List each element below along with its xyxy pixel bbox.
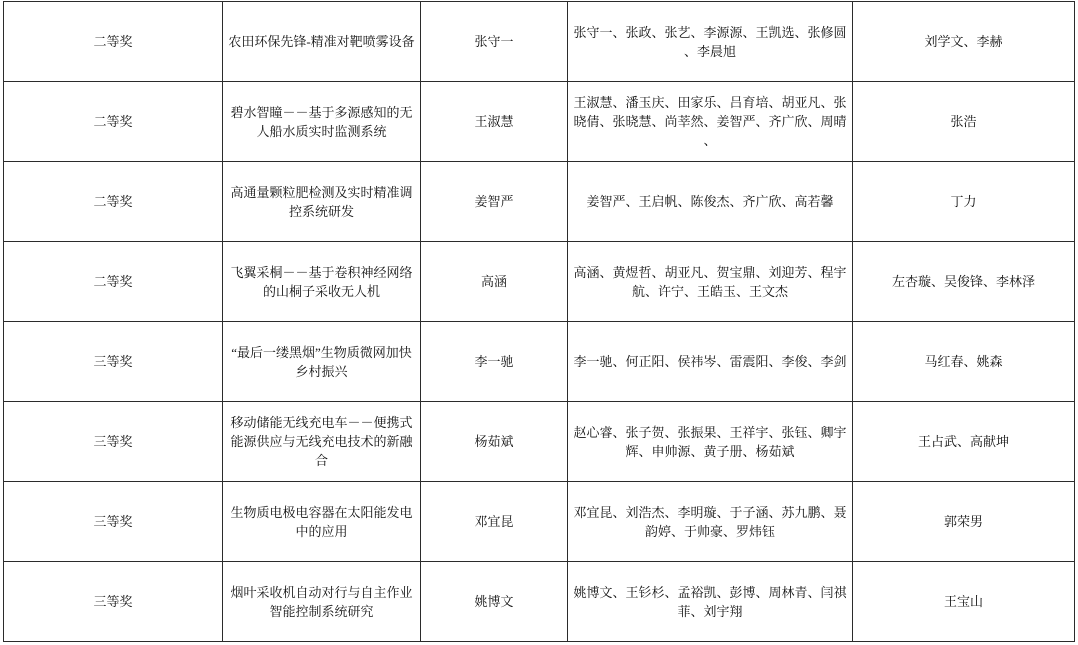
- project-cell: “最后一缕黑烟”生物质微网加快乡村振兴: [223, 322, 421, 402]
- members-cell: 姚博文、王钐杉、孟裕凯、彭博、周林青、闫祺菲、刘宇翔: [568, 562, 853, 642]
- table-row: 三等奖 烟叶采收机自动对行与自主作业智能控制系统研究 姚博文 姚博文、王钐杉、孟…: [4, 562, 1075, 642]
- project-cell: 高通量颗粒肥检测及实时精准调控系统研发: [223, 162, 421, 242]
- advisors-cell: 左杏璇、吴俊锋、李林泽: [853, 242, 1075, 322]
- award-cell: 三等奖: [4, 562, 223, 642]
- leader-cell: 张守一: [421, 2, 568, 82]
- table-row: 三等奖 生物质电极电容器在太阳能发电中的应用 邓宜昆 邓宜昆、刘浩杰、李明璇、于…: [4, 482, 1075, 562]
- award-cell: 二等奖: [4, 2, 223, 82]
- advisors-cell: 王占武、高献坤: [853, 402, 1075, 482]
- members-cell: 高涵、黄煜哲、胡亚凡、贺宝鼎、刘迎芳、程宇航、许宁、王皓玉、王文杰: [568, 242, 853, 322]
- members-cell: 赵心睿、张子贺、张振果、王祥宇、张钰、卿宇辉、申帅源、黄子册、杨茹斌: [568, 402, 853, 482]
- leader-cell: 高涵: [421, 242, 568, 322]
- table-row: 二等奖 飞翼采桐－－基于卷积神经网络的山桐子采收无人机 高涵 高涵、黄煜哲、胡亚…: [4, 242, 1075, 322]
- leader-cell: 邓宜昆: [421, 482, 568, 562]
- award-cell: 二等奖: [4, 242, 223, 322]
- table-row: 二等奖 碧水智瞳－－基于多源感知的无人船水质实时监测系统 王淑慧 王淑慧、潘玉庆…: [4, 82, 1075, 162]
- advisors-cell: 郭荣男: [853, 482, 1075, 562]
- award-cell: 二等奖: [4, 162, 223, 242]
- leader-cell: 杨茹斌: [421, 402, 568, 482]
- project-cell: 飞翼采桐－－基于卷积神经网络的山桐子采收无人机: [223, 242, 421, 322]
- table-row: 三等奖 移动储能无线充电车－－便携式能源供应与无线充电技术的新融合 杨茹斌 赵心…: [4, 402, 1075, 482]
- members-cell: 姜智严、王启帆、陈俊杰、齐广欣、高若馨: [568, 162, 853, 242]
- award-cell: 二等奖: [4, 82, 223, 162]
- table-row: 三等奖 “最后一缕黑烟”生物质微网加快乡村振兴 李一驰 李一驰、何正阳、侯祎岑、…: [4, 322, 1075, 402]
- advisors-cell: 张浩: [853, 82, 1075, 162]
- awards-table: 二等奖 农田环保先锋-精准对靶喷雾设备 张守一 张守一、张政、张艺、李源源、王凯…: [3, 1, 1075, 642]
- award-cell: 三等奖: [4, 482, 223, 562]
- award-cell: 三等奖: [4, 402, 223, 482]
- project-cell: 碧水智瞳－－基于多源感知的无人船水质实时监测系统: [223, 82, 421, 162]
- project-cell: 烟叶采收机自动对行与自主作业智能控制系统研究: [223, 562, 421, 642]
- leader-cell: 王淑慧: [421, 82, 568, 162]
- table-row: 二等奖 高通量颗粒肥检测及实时精准调控系统研发 姜智严 姜智严、王启帆、陈俊杰、…: [4, 162, 1075, 242]
- advisors-cell: 丁力: [853, 162, 1075, 242]
- leader-cell: 姜智严: [421, 162, 568, 242]
- members-cell: 李一驰、何正阳、侯祎岑、雷震阳、李俊、李剑: [568, 322, 853, 402]
- award-cell: 三等奖: [4, 322, 223, 402]
- page: 二等奖 农田环保先锋-精准对靶喷雾设备 张守一 张守一、张政、张艺、李源源、王凯…: [0, 0, 1078, 645]
- members-cell: 王淑慧、潘玉庆、田家乐、吕育培、胡亚凡、张晓倩、张晓慧、尚莘然、姜智严、齐广欣、…: [568, 82, 853, 162]
- table-row: 二等奖 农田环保先锋-精准对靶喷雾设备 张守一 张守一、张政、张艺、李源源、王凯…: [4, 2, 1075, 82]
- leader-cell: 李一驰: [421, 322, 568, 402]
- members-cell: 张守一、张政、张艺、李源源、王凯选、张修圆、李晨旭: [568, 2, 853, 82]
- members-cell: 邓宜昆、刘浩杰、李明璇、于子涵、苏九鹏、聂韵婷、于帅豪、罗炜钰: [568, 482, 853, 562]
- awards-table-body: 二等奖 农田环保先锋-精准对靶喷雾设备 张守一 张守一、张政、张艺、李源源、王凯…: [4, 2, 1075, 642]
- leader-cell: 姚博文: [421, 562, 568, 642]
- project-cell: 农田环保先锋-精准对靶喷雾设备: [223, 2, 421, 82]
- project-cell: 生物质电极电容器在太阳能发电中的应用: [223, 482, 421, 562]
- advisors-cell: 王宝山: [853, 562, 1075, 642]
- advisors-cell: 刘学文、李赫: [853, 2, 1075, 82]
- project-cell: 移动储能无线充电车－－便携式能源供应与无线充电技术的新融合: [223, 402, 421, 482]
- advisors-cell: 马红春、姚森: [853, 322, 1075, 402]
